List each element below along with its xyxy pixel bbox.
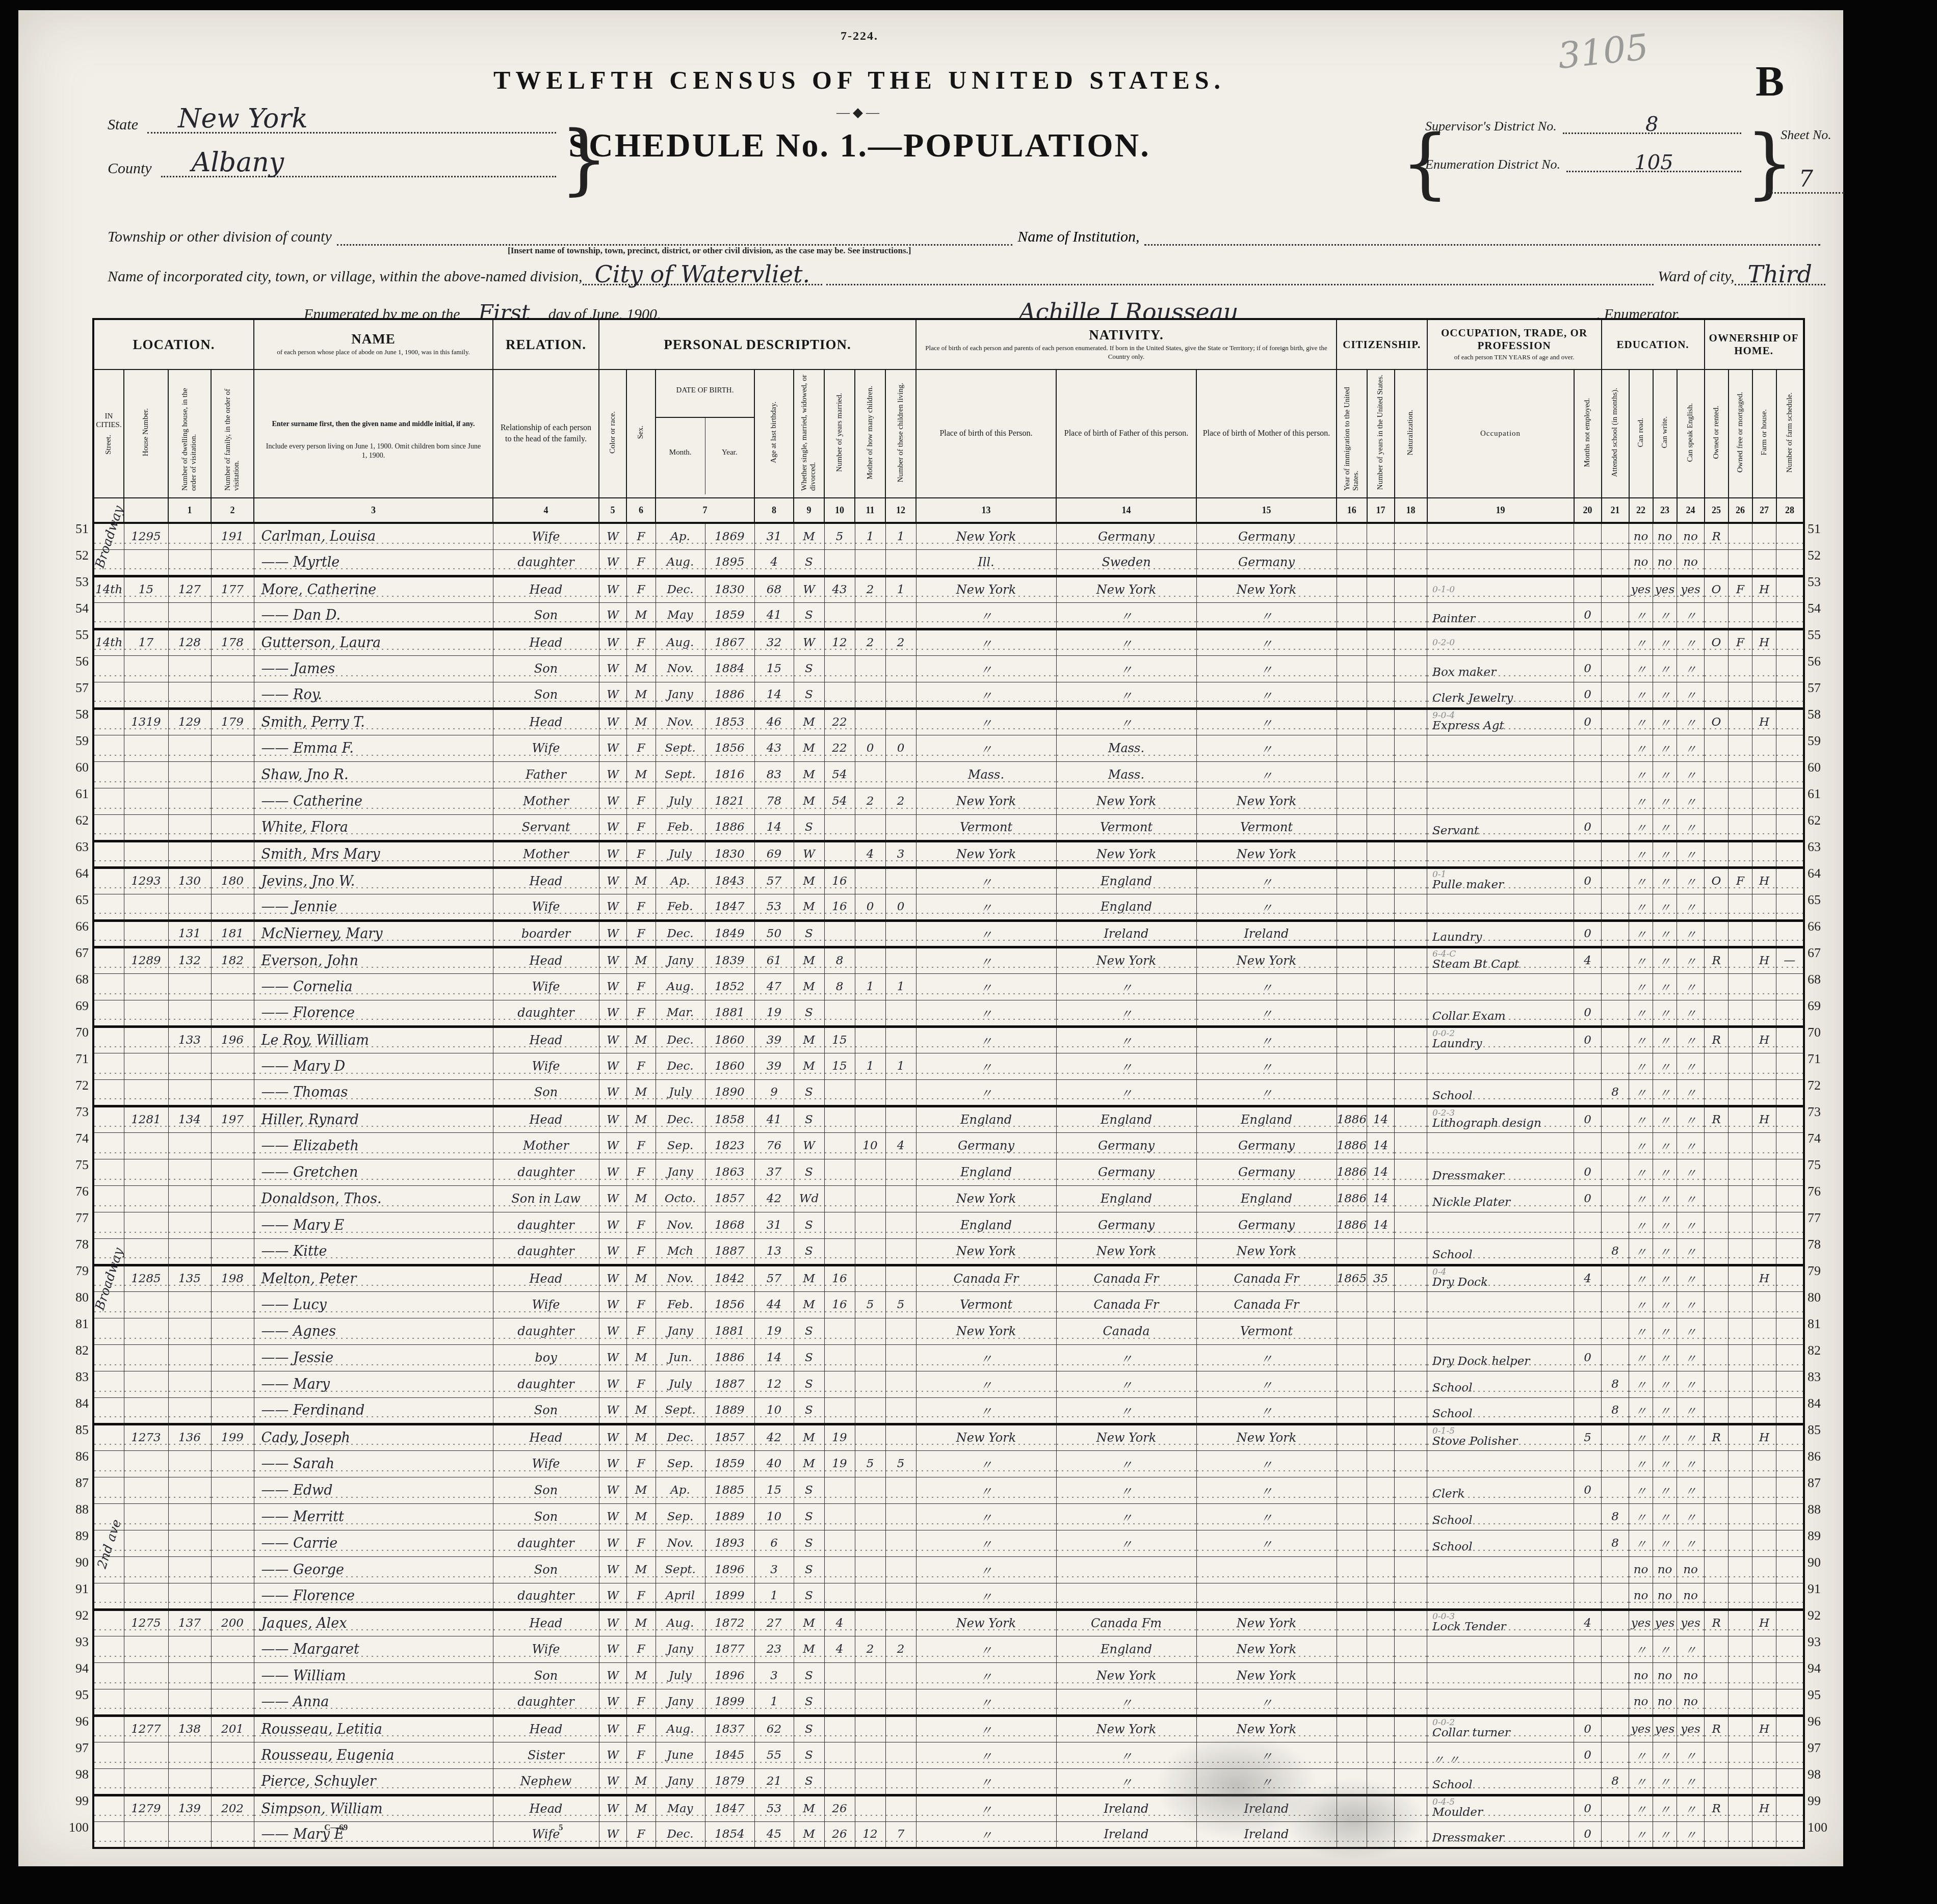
cell-mother-of-children: 0 (855, 894, 885, 920)
cell-mother-birthplace: 〃 (1196, 1397, 1337, 1424)
cell-father-birthplace: 〃 (1056, 602, 1196, 629)
row-number: 100 (1808, 1814, 1851, 1841)
cell-color: W (599, 1106, 626, 1132)
cell-birth-month: Feb. (656, 1291, 705, 1318)
col-owned-rented-header: Owned or rented. (1705, 369, 1729, 498)
cell-months-not-employed: 0 (1574, 1026, 1602, 1053)
cell-street: Broadway (93, 523, 124, 549)
cell-mother-birthplace: New York (1196, 576, 1337, 602)
cell-marital-status: M (794, 523, 824, 549)
cell-marital-status: M (794, 761, 824, 788)
cell-farm-schedule (1776, 735, 1804, 761)
cell-farm-house (1752, 1662, 1776, 1689)
cell-farm-schedule (1776, 1265, 1804, 1291)
col-pob-father-header: Place of birth of Father of this person. (1056, 369, 1196, 498)
cell-years-in-us (1367, 1238, 1395, 1265)
cell-farm-house (1752, 1503, 1776, 1530)
row-number: 99 (45, 1788, 89, 1814)
cell-immigration-year (1337, 814, 1367, 841)
row-number: 96 (1808, 1708, 1851, 1735)
cell-age: 55 (754, 1742, 794, 1768)
cell-birthplace: 〃 (916, 1053, 1056, 1079)
cell-dwelling-number: 129 (168, 708, 211, 735)
cell-mother-birthplace: Canada Fr (1196, 1291, 1337, 1318)
cell-speak-english: 〃 (1677, 1132, 1705, 1159)
cell-mother-of-children: 10 (855, 1132, 885, 1159)
census-record-row: —— Mary daughter W F July 1887 12 S 〃 〃 … (93, 1371, 1804, 1397)
cell-father-birthplace: 〃 (1056, 708, 1196, 735)
cell-marital-status: S (794, 1318, 824, 1344)
cell-naturalization (1395, 1636, 1427, 1662)
cell-relation: Head (493, 576, 599, 602)
cell-naturalization (1395, 1424, 1427, 1450)
cell-years-married (824, 1477, 855, 1503)
cell-occupation: Dressmaker (1427, 1159, 1574, 1185)
cell-owned-rented (1705, 920, 1729, 947)
cell-immigration-year (1337, 1795, 1367, 1821)
cell-mother-birthplace: 〃 (1196, 655, 1337, 682)
cell-birth-year: 1839 (705, 947, 754, 973)
cell-free-mortgaged (1729, 973, 1752, 1000)
cell-birthplace: 〃 (916, 1821, 1056, 1848)
cell-dwelling-number (168, 1212, 211, 1238)
cell-father-birthplace: 〃 (1056, 1742, 1196, 1768)
cell-years-in-us (1367, 1371, 1395, 1397)
cell-speak-english: 〃 (1677, 1795, 1705, 1821)
cell-name: Everson, John (254, 947, 493, 973)
cell-name: —— Gretchen (254, 1159, 493, 1185)
cell-farm-house (1752, 1079, 1776, 1106)
enumeration-label: Enumeration District No. (1425, 157, 1560, 172)
cell-name: McNierney, Mary (254, 920, 493, 947)
row-number: 55 (1808, 622, 1851, 648)
cell-free-mortgaged (1729, 1344, 1752, 1371)
sheet-label: Sheet No. (1781, 127, 1831, 142)
cell-dwelling-number (168, 735, 211, 761)
cell-name: White, Flora (254, 814, 493, 841)
cell-mother-of-children (855, 708, 885, 735)
cell-farm-house: H (1752, 1026, 1776, 1053)
county-value: Albany (161, 151, 556, 177)
cell-marital-status: M (794, 1450, 824, 1477)
cell-relation: Father (493, 761, 599, 788)
cell-color: W (599, 1609, 626, 1636)
cell-years-married: 19 (824, 1424, 855, 1450)
cell-marital-status: S (794, 549, 824, 576)
cell-mother-of-children: 2 (855, 629, 885, 655)
cell-house-number (124, 1662, 168, 1689)
cell-birth-year: 1847 (705, 1795, 754, 1821)
cell-attended-school: 8 (1602, 1079, 1629, 1106)
cell-marital-status: S (794, 1238, 824, 1265)
cell-free-mortgaged (1729, 1583, 1752, 1609)
cell-free-mortgaged (1729, 1026, 1752, 1053)
cell-owned-rented: O (1705, 708, 1729, 735)
cell-birth-month: Jun. (656, 1344, 705, 1371)
cell-dwelling-number (168, 602, 211, 629)
cell-birthplace: 〃 (916, 1450, 1056, 1477)
cell-family-number (211, 841, 254, 867)
col-speak-english-header: Can speak English. (1677, 369, 1705, 498)
cell-years-married (824, 1768, 855, 1795)
cell-speak-english: 〃 (1677, 1318, 1705, 1344)
cell-marital-status: S (794, 1530, 824, 1556)
cell-can-read: 〃 (1629, 1318, 1653, 1344)
cell-father-birthplace: 〃 (1056, 682, 1196, 708)
cell-family-number (211, 1821, 254, 1848)
cell-mother-of-children (855, 920, 885, 947)
cell-speak-english: no (1677, 1556, 1705, 1583)
cell-father-birthplace: 〃 (1056, 1503, 1196, 1530)
row-number: 92 (45, 1602, 89, 1629)
cell-name: —— Agnes (254, 1318, 493, 1344)
cell-years-married (824, 1397, 855, 1424)
cell-age: 15 (754, 1477, 794, 1503)
census-record-row: 133 196 Le Roy, William Head W M Dec. 18… (93, 1026, 1804, 1053)
cell-father-birthplace: England (1056, 1106, 1196, 1132)
cell-relation: Son (493, 655, 599, 682)
cell-years-married (824, 1000, 855, 1026)
cell-months-not-employed (1574, 576, 1602, 602)
cell-years-married: 15 (824, 1026, 855, 1053)
cell-naturalization (1395, 1000, 1427, 1026)
census-record-row: Broadway 1285 135 198 Melton, Peter Head… (93, 1265, 1804, 1291)
cell-house-number (124, 1000, 168, 1026)
cell-can-read: 〃 (1629, 655, 1653, 682)
cell-occupation: Painter (1427, 602, 1574, 629)
cell-months-not-employed (1574, 1132, 1602, 1159)
cell-farm-house (1752, 761, 1776, 788)
cell-street (93, 655, 124, 682)
cell-dwelling-number (168, 788, 211, 814)
cell-marital-status: M (794, 867, 824, 894)
cell-birthplace: Mass. (916, 761, 1056, 788)
cell-months-not-employed (1574, 1371, 1602, 1397)
cell-relation: Sister (493, 1742, 599, 1768)
cell-name: —— Carrie (254, 1530, 493, 1556)
census-record-row: —— Emma F. Wife W F Sept. 1856 43 M 22 0… (93, 735, 1804, 761)
cell-mother-of-children: 1 (855, 1053, 885, 1079)
cell-children-living (885, 1106, 916, 1132)
cell-farm-schedule (1776, 1609, 1804, 1636)
cell-months-not-employed (1574, 1503, 1602, 1530)
cell-attended-school (1602, 629, 1629, 655)
cell-can-write: 〃 (1653, 1185, 1677, 1212)
cell-years-in-us (1367, 1053, 1395, 1079)
cell-birthplace: New York (916, 1185, 1056, 1212)
cell-relation: Wife (493, 1821, 599, 1848)
cell-children-living (885, 1742, 916, 1768)
cell-naturalization (1395, 708, 1427, 735)
cell-naturalization (1395, 682, 1427, 708)
cell-name: Gutterson, Laura (254, 629, 493, 655)
cell-children-living (885, 1079, 916, 1106)
cell-naturalization (1395, 1768, 1427, 1795)
cell-speak-english: 〃 (1677, 1371, 1705, 1397)
cell-birth-year: 1869 (705, 523, 754, 549)
cell-months-not-employed: 0 (1574, 1795, 1602, 1821)
cell-farm-schedule (1776, 1583, 1804, 1609)
cell-immigration-year (1337, 841, 1367, 867)
cell-house-number: 1275 (124, 1609, 168, 1636)
cell-birth-year: 1879 (705, 1768, 754, 1795)
census-record-row: 131 181 McNierney, Mary boarder W F Dec.… (93, 920, 1804, 947)
cell-farm-schedule (1776, 1662, 1804, 1689)
census-record-row: —— Florence daughter W F Mar. 1881 19 S … (93, 1000, 1804, 1026)
row-number: 54 (1808, 595, 1851, 622)
census-record-row: —— Jennie Wife W F Feb. 1847 53 M 16 0 0… (93, 894, 1804, 920)
cell-father-birthplace: England (1056, 1185, 1196, 1212)
cell-birth-year: 1893 (705, 1530, 754, 1556)
cell-immigration-year (1337, 1609, 1367, 1636)
cell-owned-rented (1705, 1821, 1729, 1848)
row-number: 67 (1808, 940, 1851, 966)
cell-name: —— Merritt (254, 1503, 493, 1530)
cell-relation: Son (493, 1503, 599, 1530)
county-field: County Albany (108, 151, 556, 177)
cell-age: 9 (754, 1079, 794, 1106)
cell-free-mortgaged (1729, 708, 1752, 735)
census-record-row: —— Florence daughter W F April 1899 1 S … (93, 1583, 1804, 1609)
cell-immigration-year (1337, 708, 1367, 735)
cell-birthplace: Ill. (916, 549, 1056, 576)
cell-free-mortgaged (1729, 1636, 1752, 1662)
cell-attended-school (1602, 947, 1629, 973)
cell-house-number (124, 973, 168, 1000)
cell-family-number (211, 682, 254, 708)
cell-speak-english: 〃 (1677, 841, 1705, 867)
cell-naturalization (1395, 576, 1427, 602)
cell-farm-schedule (1776, 1291, 1804, 1318)
cell-mother-of-children (855, 1265, 885, 1291)
cell-name: Pierce, Schuyler (254, 1768, 493, 1795)
cell-immigration-year (1337, 1424, 1367, 1450)
cell-speak-english: 〃 (1677, 894, 1705, 920)
cell-birthplace: 〃 (916, 735, 1056, 761)
cell-birthplace: England (916, 1212, 1056, 1238)
city-line: Name of incorporated city, town, or vill… (108, 265, 1825, 285)
cell-speak-english: 〃 (1677, 1768, 1705, 1795)
cell-marital-status: M (794, 947, 824, 973)
cell-street (93, 1212, 124, 1238)
cell-house-number (124, 1291, 168, 1318)
cell-mother-birthplace: 〃 (1196, 1079, 1337, 1106)
cell-relation: Head (493, 1424, 599, 1450)
cell-years-married: 26 (824, 1821, 855, 1848)
cell-dwelling-number (168, 1503, 211, 1530)
cell-color: W (599, 629, 626, 655)
cell-family-number (211, 1450, 254, 1477)
cell-marital-status: M (794, 894, 824, 920)
cell-house-number (124, 1530, 168, 1556)
cell-months-not-employed (1574, 973, 1602, 1000)
cell-mother-of-children (855, 867, 885, 894)
cell-mother-birthplace: Ireland (1196, 920, 1337, 947)
cell-father-birthplace: New York (1056, 1238, 1196, 1265)
cell-birth-year: 1843 (705, 867, 754, 894)
cell-mother-of-children (855, 1079, 885, 1106)
cell-house-number (124, 1318, 168, 1344)
group-citizenship: CITIZENSHIP. (1337, 319, 1427, 369)
cell-farm-house (1752, 1556, 1776, 1583)
cell-occupation: 0-4Dry Dock (1427, 1265, 1574, 1291)
cell-years-married: 4 (824, 1636, 855, 1662)
form-footer-number: 5 (559, 1822, 563, 1833)
cell-color: W (599, 1715, 626, 1742)
cell-speak-english: 〃 (1677, 1291, 1705, 1318)
cell-age: 1 (754, 1689, 794, 1715)
cell-father-birthplace: Mass. (1056, 761, 1196, 788)
row-number: 59 (45, 728, 89, 754)
cell-can-read: 〃 (1629, 920, 1653, 947)
cell-family-number (211, 1397, 254, 1424)
cell-years-in-us (1367, 1768, 1395, 1795)
cell-farm-schedule (1776, 814, 1804, 841)
cell-family-number (211, 1556, 254, 1583)
cell-occupation (1427, 1053, 1574, 1079)
cell-can-read: 〃 (1629, 1026, 1653, 1053)
cell-can-read: 〃 (1629, 1503, 1653, 1530)
cell-house-number (124, 1477, 168, 1503)
cell-birth-month: Dec. (656, 1106, 705, 1132)
cell-family-number: 197 (211, 1106, 254, 1132)
col-can-write-header: Can write. (1653, 369, 1677, 498)
cell-occupation (1427, 761, 1574, 788)
cell-can-write: 〃 (1653, 814, 1677, 841)
cell-birth-year: 1856 (705, 735, 754, 761)
cell-farm-house (1752, 682, 1776, 708)
cell-occupation: 0-0-3Lock Tender (1427, 1609, 1574, 1636)
row-number: 61 (1808, 781, 1851, 807)
cell-color: W (599, 1768, 626, 1795)
row-number: 87 (1808, 1470, 1851, 1496)
cell-years-in-us (1367, 761, 1395, 788)
row-number: 95 (1808, 1682, 1851, 1708)
census-record-row: —— Myrtle daughter W F Aug. 1895 4 S Ill… (93, 549, 1804, 576)
cell-occupation: 〃 〃 (1427, 1742, 1574, 1768)
cell-occupation (1427, 1318, 1574, 1344)
institution-label: Name of Institution, (1017, 228, 1139, 246)
cell-house-number (124, 1371, 168, 1397)
cell-months-not-employed: 0 (1574, 867, 1602, 894)
cell-birth-year: 1842 (705, 1265, 754, 1291)
cell-age: 57 (754, 1265, 794, 1291)
cell-free-mortgaged (1729, 1609, 1752, 1636)
cell-immigration-year (1337, 761, 1367, 788)
cell-street (93, 1106, 124, 1132)
cell-relation: Head (493, 867, 599, 894)
cell-sex: F (626, 920, 656, 947)
cell-mother-birthplace: New York (1196, 1715, 1337, 1742)
cell-owned-rented (1705, 761, 1729, 788)
group-education: EDUCATION. (1602, 319, 1705, 369)
cell-owned-rented (1705, 1768, 1729, 1795)
county-label: County (108, 160, 152, 177)
row-number: 74 (45, 1125, 89, 1152)
cell-farm-house (1752, 788, 1776, 814)
cell-birthplace: Germany (916, 1132, 1056, 1159)
cell-attended-school (1602, 576, 1629, 602)
cell-family-number (211, 1530, 254, 1556)
cell-street: 14th (93, 576, 124, 602)
cell-dwelling-number (168, 523, 211, 549)
col-pob-header: Place of birth of this Person. (916, 369, 1056, 498)
row-number: 100 (45, 1814, 89, 1841)
cell-owned-rented (1705, 1344, 1729, 1371)
cell-months-not-employed: 4 (1574, 1265, 1602, 1291)
cell-father-birthplace: New York (1056, 841, 1196, 867)
cell-farm-schedule (1776, 629, 1804, 655)
cell-marital-status: S (794, 1371, 824, 1397)
cell-occupation (1427, 1450, 1574, 1477)
cell-dwelling-number (168, 1556, 211, 1583)
cell-relation: Wife (493, 735, 599, 761)
cell-name: —— Cornelia (254, 973, 493, 1000)
cell-can-write: no (1653, 1583, 1677, 1609)
cell-attended-school (1602, 682, 1629, 708)
census-record-row: 1281 134 197 Hiller, Rynard Head W M Dec… (93, 1106, 1804, 1132)
cell-birth-month: Dec. (656, 920, 705, 947)
cell-street (93, 1821, 124, 1848)
cell-house-number: 1285 (124, 1265, 168, 1291)
cell-years-in-us (1367, 1636, 1395, 1662)
cell-age: 23 (754, 1636, 794, 1662)
cell-mother-birthplace: 〃 (1196, 1689, 1337, 1715)
cell-family-number: 191 (211, 523, 254, 549)
cell-occupation (1427, 894, 1574, 920)
cell-years-married: 8 (824, 973, 855, 1000)
cell-attended-school (1602, 1477, 1629, 1503)
cell-street (93, 761, 124, 788)
cell-years-in-us (1367, 894, 1395, 920)
cell-speak-english: 〃 (1677, 814, 1705, 841)
cell-can-write: yes (1653, 1609, 1677, 1636)
cell-relation: Head (493, 947, 599, 973)
row-number: 63 (1808, 834, 1851, 860)
cell-years-married (824, 1132, 855, 1159)
cell-farm-schedule (1776, 973, 1804, 1000)
cell-years-married: 12 (824, 629, 855, 655)
cell-attended-school (1602, 1742, 1629, 1768)
cell-street (93, 1742, 124, 1768)
cell-years-married: 16 (824, 894, 855, 920)
cell-relation: Son (493, 602, 599, 629)
cell-free-mortgaged: F (1729, 867, 1752, 894)
cell-farm-schedule (1776, 1026, 1804, 1053)
cell-family-number: 178 (211, 629, 254, 655)
cell-naturalization (1395, 655, 1427, 682)
cell-speak-english: 〃 (1677, 788, 1705, 814)
row-number: 74 (1808, 1125, 1851, 1152)
cell-relation: daughter (493, 1000, 599, 1026)
cell-months-not-employed: 0 (1574, 1344, 1602, 1371)
cell-naturalization (1395, 761, 1427, 788)
cell-months-not-employed: 0 (1574, 1000, 1602, 1026)
cell-age: 46 (754, 708, 794, 735)
cell-owned-rented (1705, 841, 1729, 867)
cell-attended-school (1602, 920, 1629, 947)
cell-birthplace: 〃 (916, 708, 1056, 735)
col-family-header: Number of family, in the order of visita… (211, 369, 254, 498)
cell-can-read: 〃 (1629, 761, 1653, 788)
cell-father-birthplace: England (1056, 894, 1196, 920)
cell-color: W (599, 867, 626, 894)
cell-years-married: 16 (824, 867, 855, 894)
cell-birth-month: Jany (656, 1318, 705, 1344)
cell-sex: M (626, 602, 656, 629)
col-relation-header: Relationship of each person to the head … (493, 369, 599, 498)
cell-mother-of-children (855, 1477, 885, 1503)
